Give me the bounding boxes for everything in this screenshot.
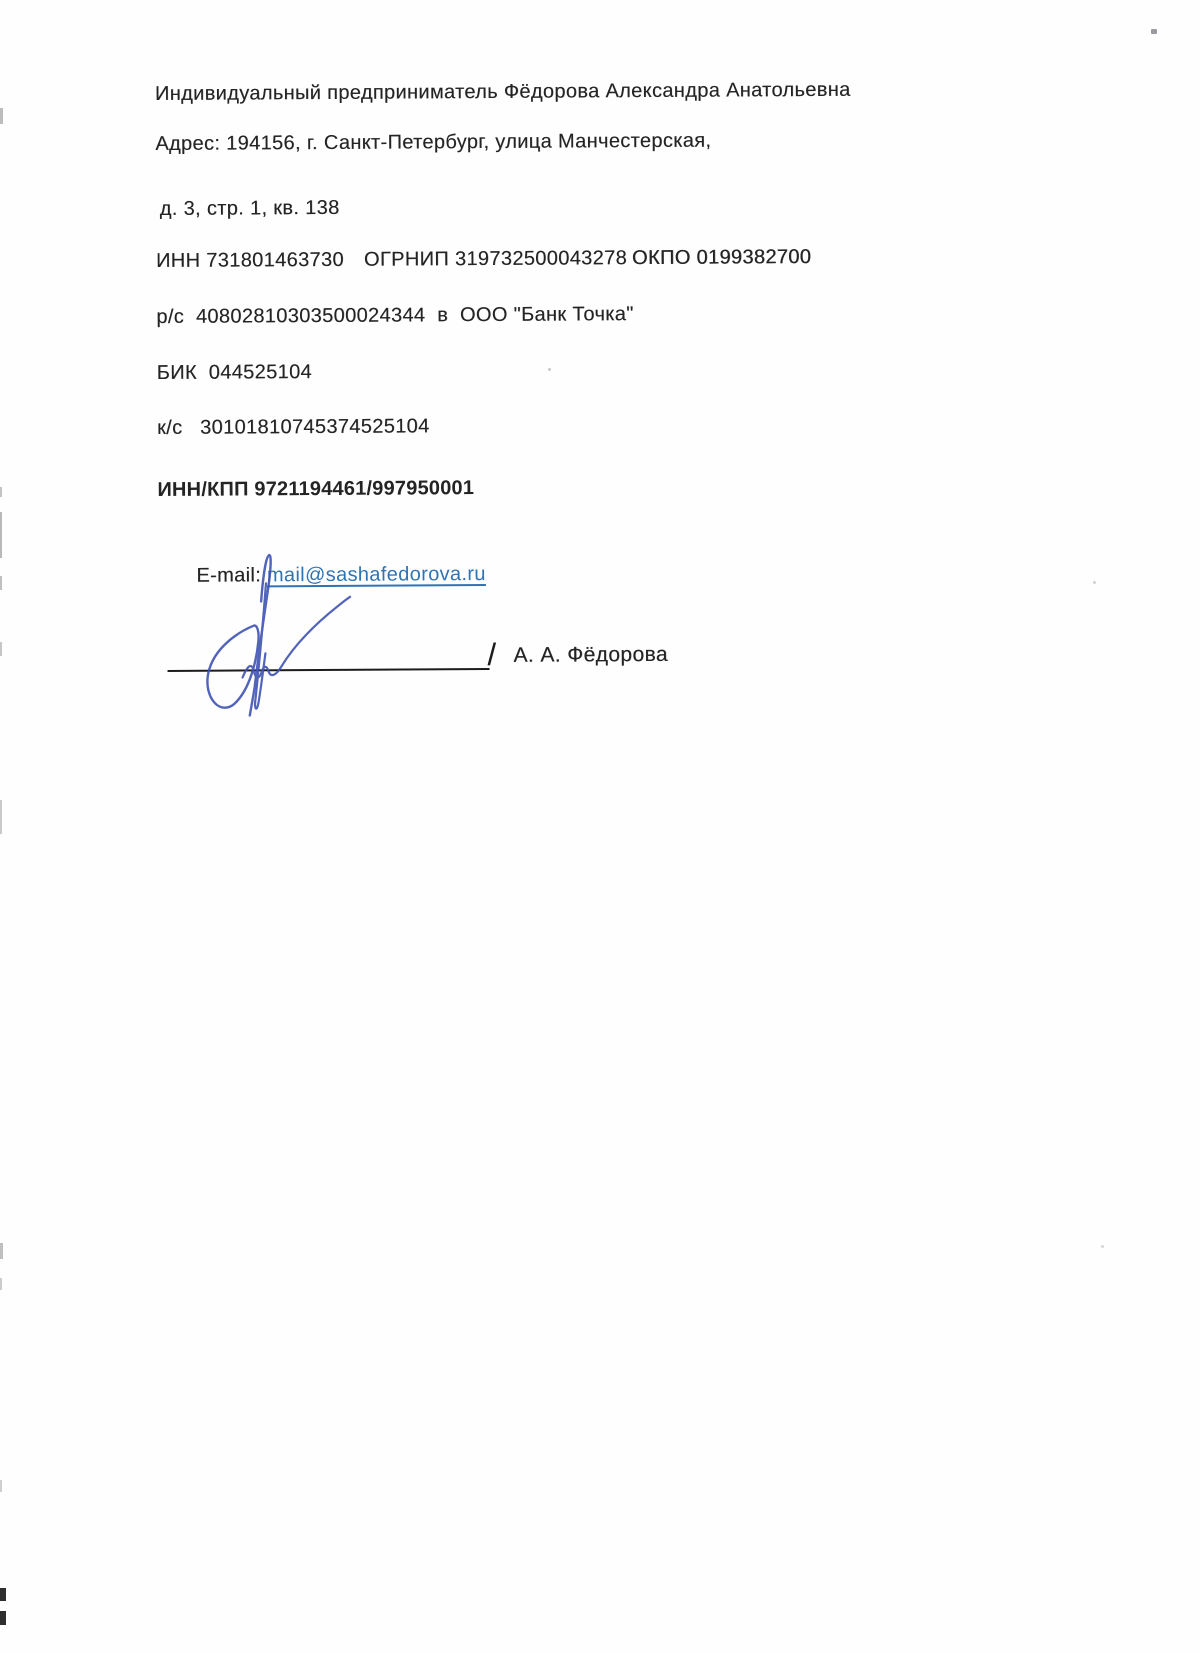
signature-name: А. А. Фёдорова <box>513 643 668 668</box>
scan-artifact <box>0 487 2 497</box>
inn-value: ИНН 731801463730 <box>156 249 344 273</box>
okpo-value: ОКПО 0199382700 <box>632 246 811 270</box>
signature-scribble <box>164 549 365 720</box>
scan-artifact <box>0 108 3 124</box>
address-line-1: Адрес: 194156, г. Санкт-Петербург, улица… <box>155 130 711 156</box>
ogrnip-value: ОГРНИП 319732500043278 <box>364 247 627 272</box>
scan-artifact <box>0 1243 3 1259</box>
bik-line: БИК 044525104 <box>157 361 312 385</box>
scan-artifact <box>0 1611 6 1625</box>
scan-artifact <box>0 576 2 590</box>
scan-artifact <box>0 800 2 834</box>
scan-artifact <box>0 642 2 656</box>
entrepreneur-name-line: Индивидуальный предприниматель Фёдорова … <box>155 79 851 106</box>
signature-slash: / <box>487 637 496 673</box>
inn-kpp-line: ИНН/КПП 9721194461/997950001 <box>157 477 474 502</box>
scanned-document-page: Индивидуальный предприниматель Фёдорова … <box>0 0 1200 1653</box>
scan-artifact <box>0 1278 2 1290</box>
scan-artifact <box>0 512 2 558</box>
scan-artifact <box>0 1480 2 1492</box>
scan-speck <box>548 368 551 371</box>
scan-speck <box>1101 1245 1104 1248</box>
corr-account-line: к/с 30101810745374525104 <box>157 415 430 440</box>
registration-numbers-line: ИНН 731801463730 ОГРНИП 319732500043278 … <box>156 246 856 276</box>
settlement-account-line: р/с 40802810303500024344 в ООО "Банк Точ… <box>156 303 633 329</box>
scan-speck <box>1151 29 1157 34</box>
document-content: Индивидуальный предприниматель Фёдорова … <box>0 0 1200 1653</box>
address-line-2: д. 3, стр. 1, кв. 138 <box>160 197 340 221</box>
scan-speck <box>1093 581 1096 584</box>
scan-artifact <box>0 1588 6 1601</box>
